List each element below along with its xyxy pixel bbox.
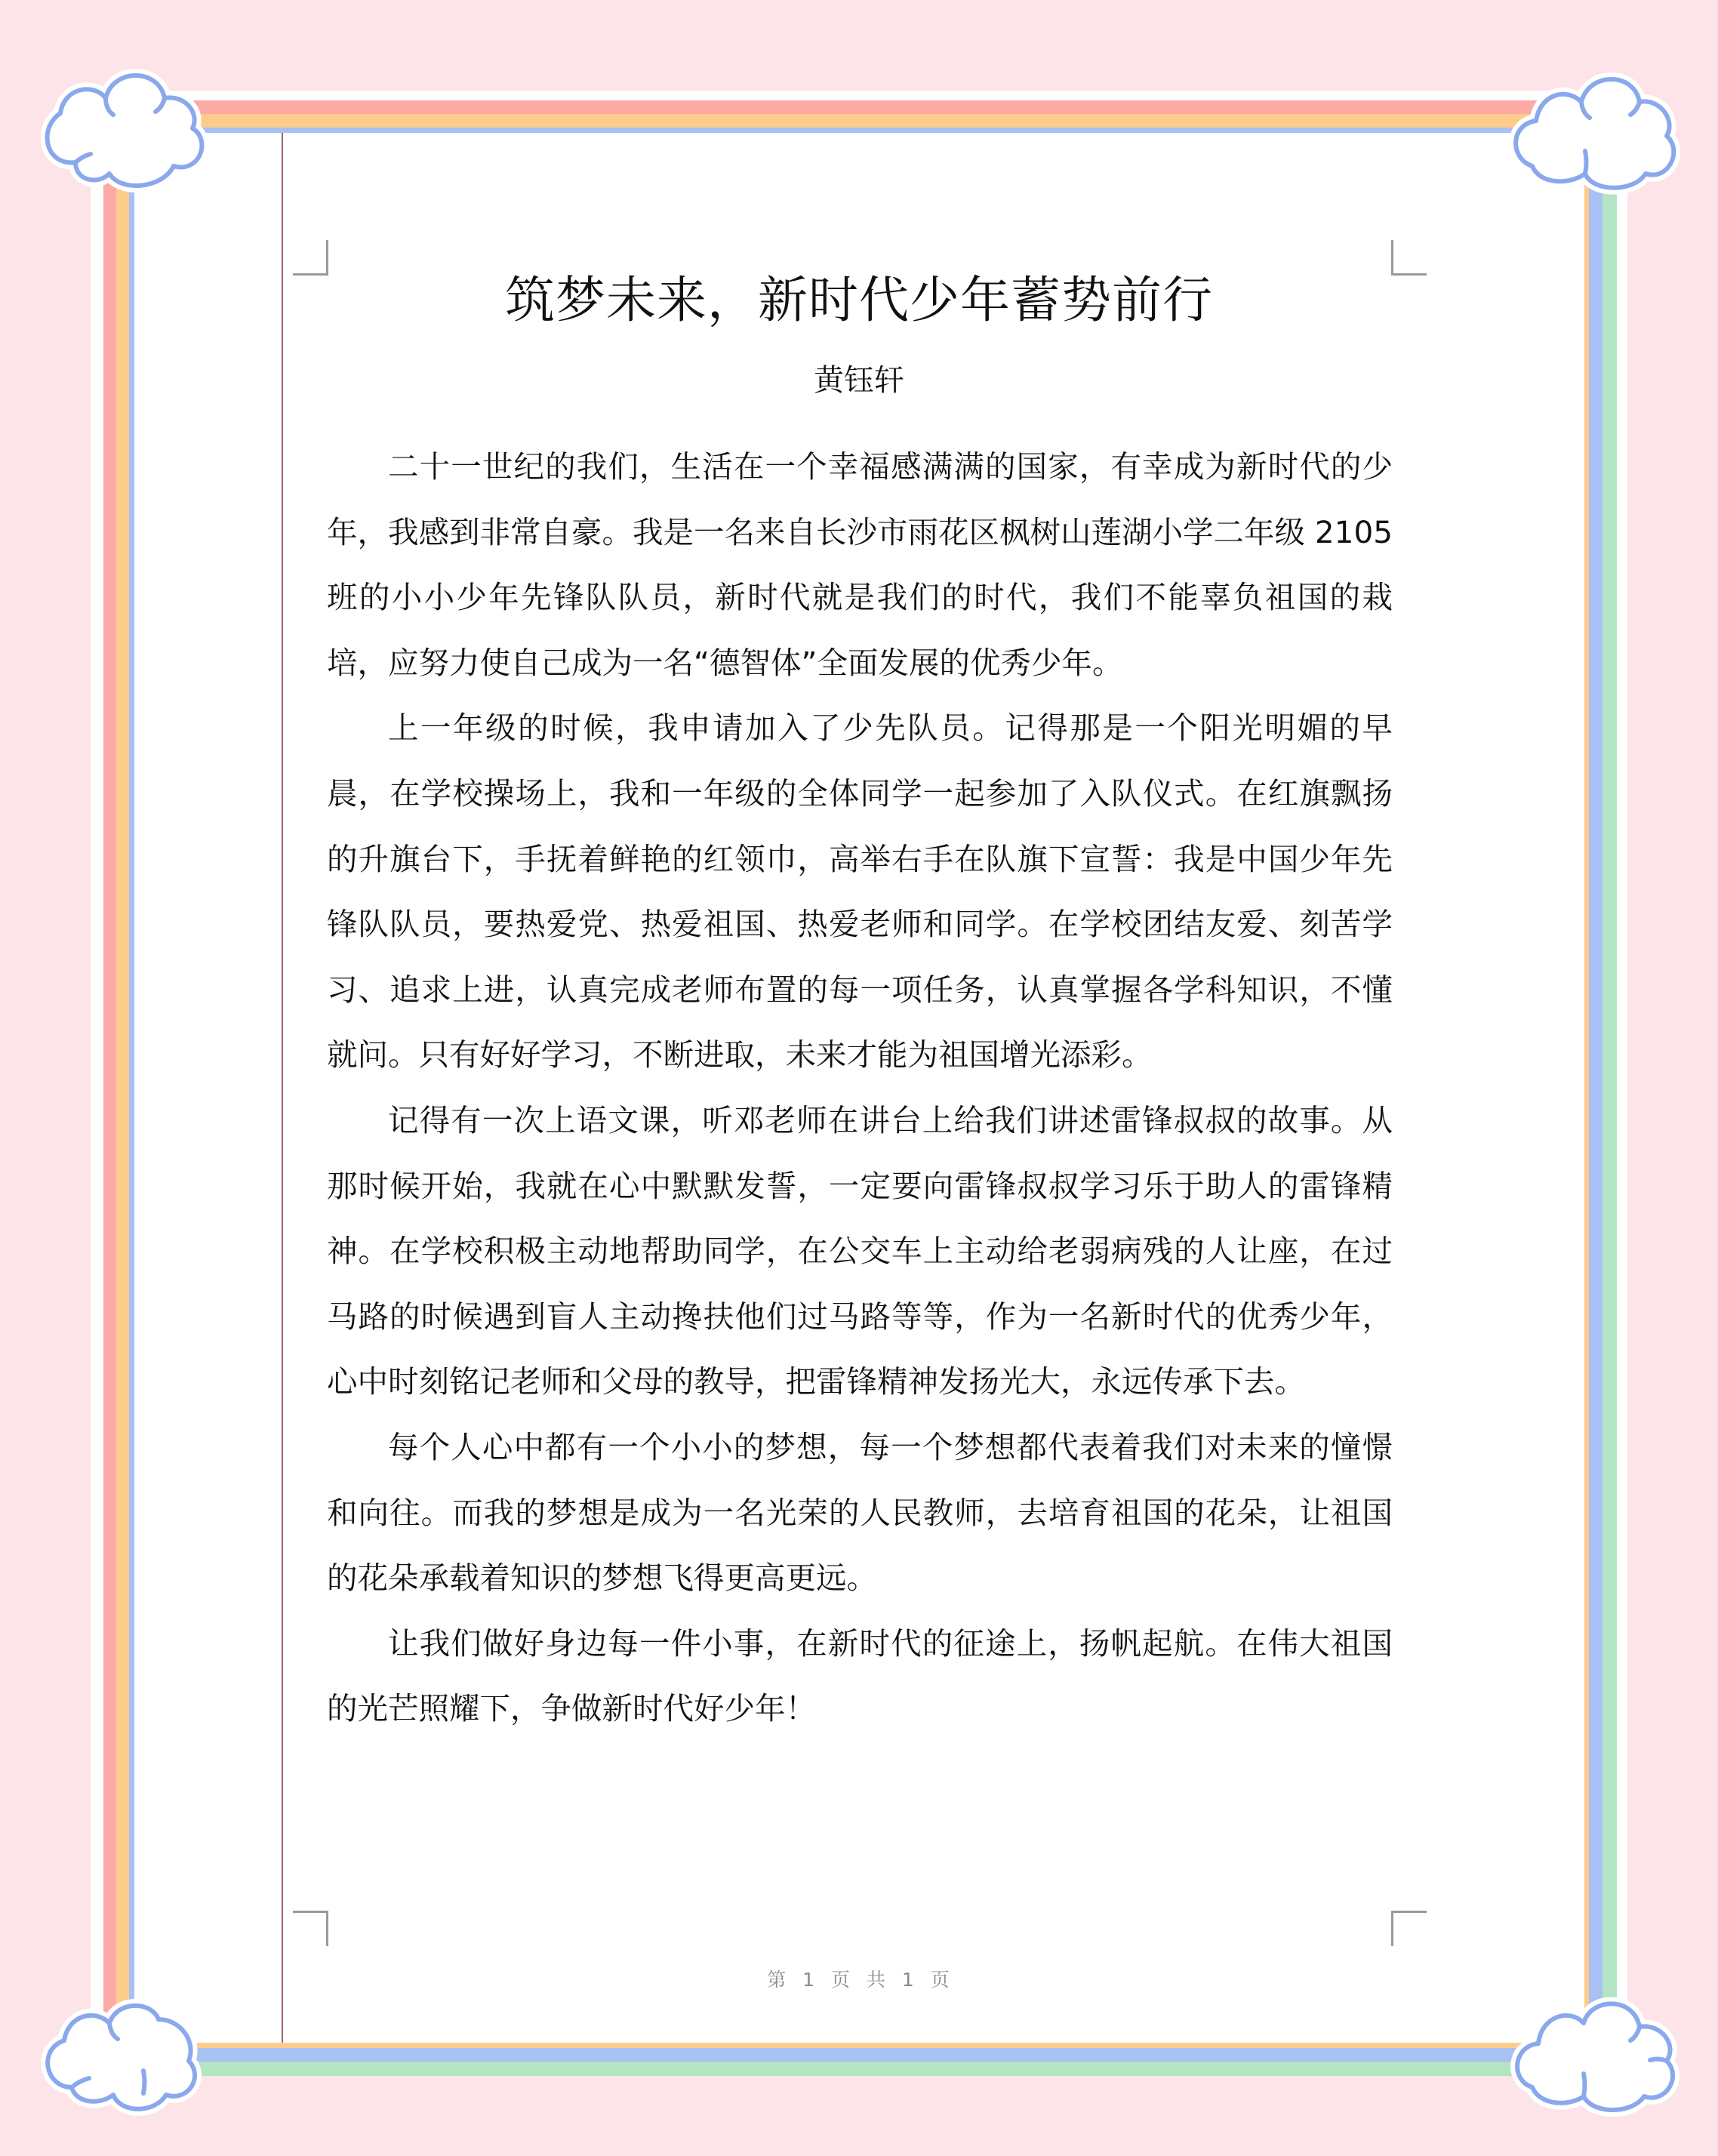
- paragraph: 二十一世纪的我们，生活在一个幸福感满满的国家，有幸成为新时代的少年，我感到非常自…: [327, 434, 1393, 695]
- rainbow-band-bottom-blue: [151, 2048, 1570, 2062]
- document-body: 二十一世纪的我们，生活在一个幸福感满满的国家，有幸成为新时代的少年，我感到非常自…: [327, 434, 1393, 1742]
- cloud-icon: [1502, 53, 1683, 204]
- rainbow-band-top-orange: [181, 114, 1570, 128]
- paragraph: 让我们做好身边每一件小事，在新时代的征途上，扬帆起航。在伟大祖国的光芒照耀下，争…: [327, 1611, 1393, 1742]
- rainbow-band-right-green: [1603, 174, 1617, 2016]
- paragraph: 上一年级的时候，我申请加入了少先队员。记得那是一个阳光明媚的早晨，在学校操场上，…: [327, 695, 1393, 1088]
- rainbow-band-right-blue: [1589, 174, 1603, 2016]
- rainbow-band-top-blue: [185, 128, 1570, 133]
- page-number-footer: 第 1 页 共 1 页: [327, 1965, 1391, 1992]
- rainbow-band-left-blue: [129, 177, 134, 2019]
- left-margin-line: [282, 133, 283, 2043]
- rainbow-band-left-orange: [116, 177, 129, 2019]
- document-author: 黄钰轩: [327, 359, 1391, 402]
- paragraph: 每个人心中都有一个小小的梦想，每一个梦想都代表着我们对未来的憧憬和向往。而我的梦…: [327, 1415, 1393, 1611]
- cloud-icon: [1502, 1974, 1683, 2125]
- crop-mark-bottom-left: [293, 1911, 328, 1946]
- paragraph: 记得有一次上语文课，听邓老师在讲台上给我们讲述雷锋叔叔的故事。从那时候开始，我就…: [327, 1088, 1393, 1415]
- crop-mark-bottom-right: [1391, 1911, 1427, 1946]
- rainbow-band-bottom-orange: [151, 2043, 1570, 2048]
- crop-mark-top-left: [293, 240, 328, 276]
- crop-mark-top-right: [1391, 240, 1427, 276]
- rainbow-band-left-pink: [103, 177, 116, 2019]
- rainbow-band-top-pink: [174, 100, 1570, 114]
- cloud-icon: [30, 1974, 211, 2125]
- rainbow-band-bottom-green: [151, 2062, 1570, 2076]
- document-title: 筑梦未来，新时代少年蓄势前行: [327, 270, 1391, 331]
- cloud-icon: [30, 53, 211, 204]
